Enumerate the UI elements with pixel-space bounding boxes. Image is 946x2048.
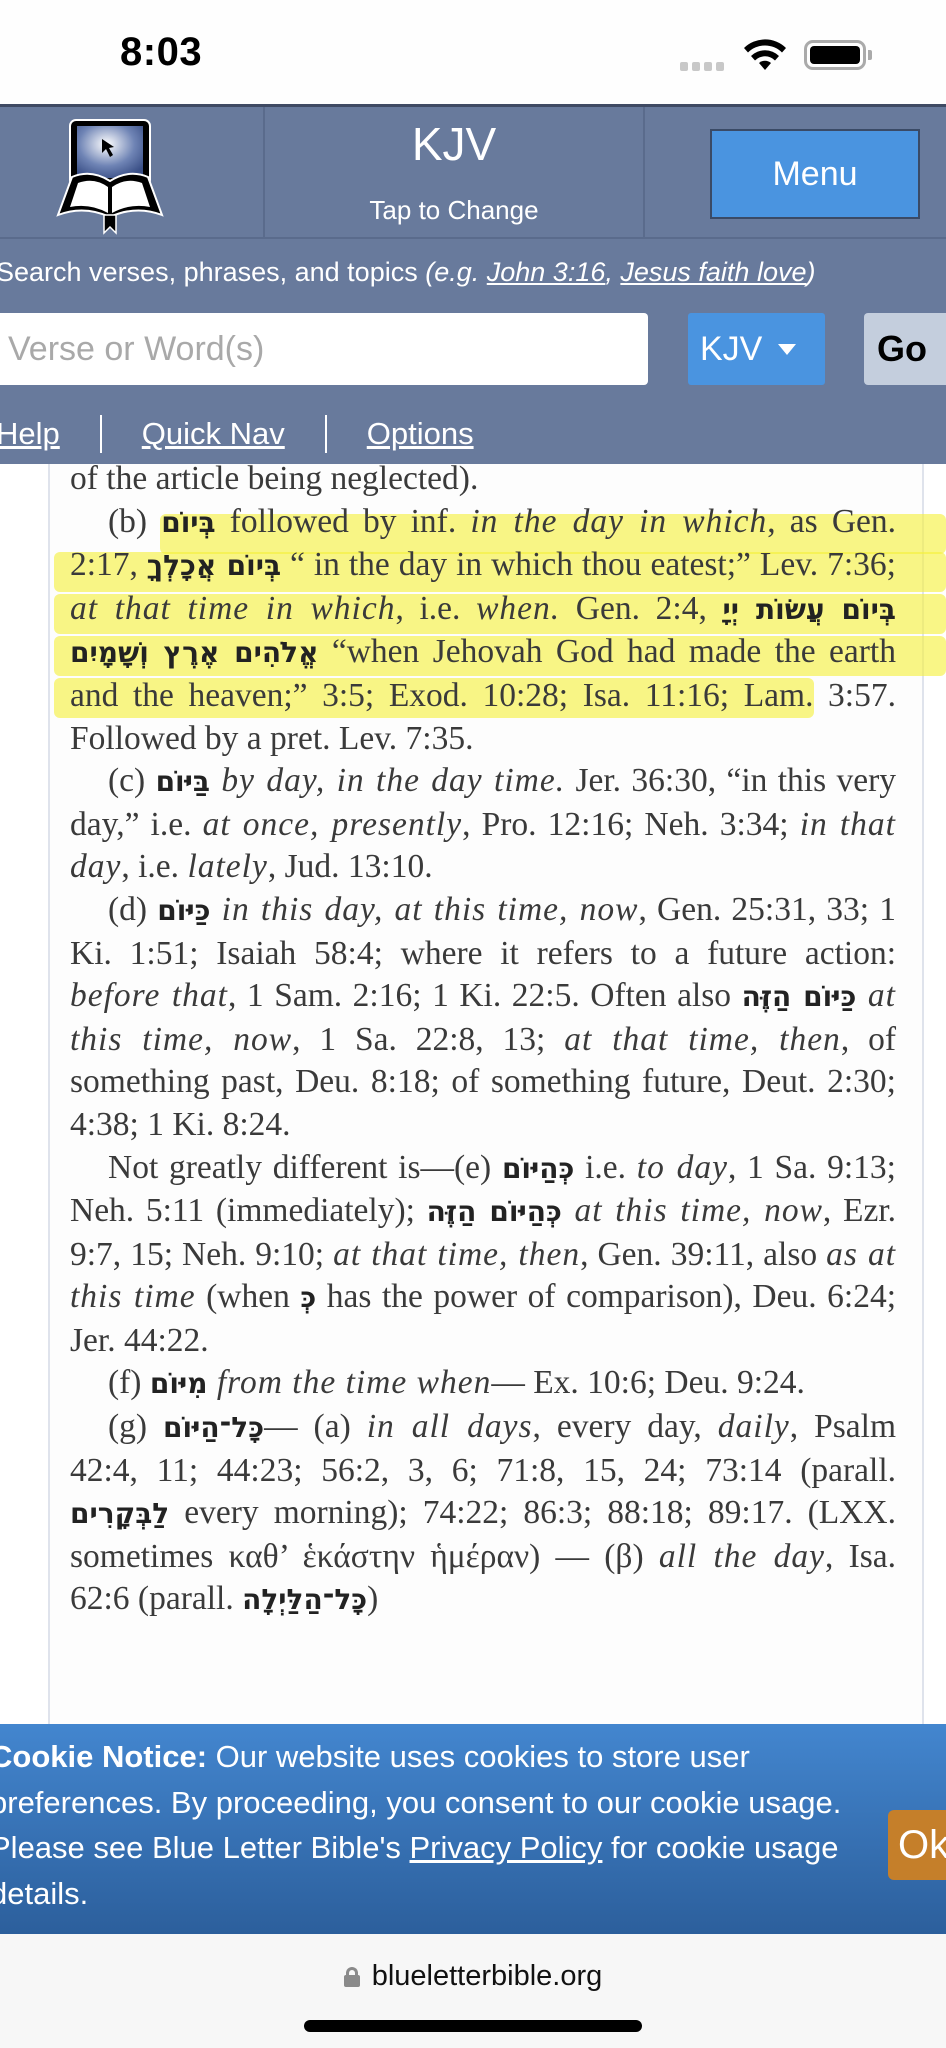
cookie-ok-button[interactable]: Ok (888, 1810, 946, 1880)
hebrew-word: כְּ (300, 1281, 316, 1314)
hebrew-word: כְּהַיּוֹם (502, 1152, 574, 1185)
logo-cell[interactable] (0, 107, 265, 239)
sense-d: (d) כַּיּוֹם in this day, at this time, … (70, 889, 896, 1147)
privacy-policy-link[interactable]: Privacy Policy (410, 1830, 603, 1865)
sense-c: (c) בַּיּוֹם by day, in the day time. Je… (70, 760, 896, 889)
nav-divider (325, 415, 327, 453)
wifi-icon (742, 36, 788, 72)
hebrew-word: מִיּוֹם (150, 1367, 208, 1400)
hebrew-word: כַּיּוֹם (157, 894, 210, 927)
status-bar: 8:03 (0, 0, 946, 104)
sense-g: (g) כָּל־הַיּוֹם— (a) in all days, every… (70, 1406, 896, 1622)
hebrew-word: בְּיוֹם (161, 506, 215, 539)
search-hint-text: Search verses, phrases, and topics (0, 257, 425, 287)
lexicon-text: of the article being neglected). (b) בְּ… (70, 464, 896, 1622)
hebrew-word: כַּיּוֹם הַזֶּה (742, 980, 857, 1013)
caret-down-icon (778, 344, 796, 355)
search-hint-comma: , (605, 257, 620, 287)
version-subtitle: Tap to Change (265, 195, 643, 226)
battery-tip (868, 50, 872, 60)
nav-divider (100, 415, 102, 453)
search-hint: Search verses, phrases, and topics (e.g.… (0, 257, 815, 288)
battery-icon (804, 40, 866, 70)
help-link[interactable]: Help (0, 416, 60, 452)
home-indicator[interactable] (304, 2020, 642, 2032)
search-hint-eg: (e.g. (425, 257, 487, 287)
lexicon-line: of the article being neglected). (70, 464, 896, 501)
quick-nav-link[interactable]: Quick Nav (142, 416, 285, 452)
example-link-jesus-faith-love[interactable]: Jesus faith love (620, 257, 806, 287)
url-field[interactable]: blueletterbible.org (0, 1960, 946, 1993)
example-link-john-3-16[interactable]: John 3:16 (487, 257, 606, 287)
status-time: 8:03 (120, 30, 202, 75)
go-button[interactable]: Go (864, 313, 946, 385)
menu-button[interactable]: Menu (710, 129, 920, 219)
browser-url-bar: blueletterbible.org (0, 1934, 946, 2048)
version-title: KJV (265, 117, 643, 171)
hebrew-word: לַבְּקָרִים (70, 1497, 169, 1530)
version-select[interactable]: KJV (688, 313, 825, 385)
sub-navigation: Help Quick Nav Options (0, 415, 474, 453)
sense-f: (f) מִיּוֹם from the time when— Ex. 10:6… (70, 1362, 896, 1406)
cookie-notice-text: Cookie Notice: Our website uses cookies … (0, 1734, 870, 1916)
hebrew-word: כָּל־הַיּוֹם (163, 1411, 264, 1444)
version-switcher[interactable]: KJV Tap to Change (265, 107, 645, 239)
cookie-notice-banner: Cookie Notice: Our website uses cookies … (0, 1724, 946, 1934)
lexicon-content: of the article being neglected). (b) בְּ… (0, 464, 946, 1934)
search-input[interactable] (0, 313, 648, 385)
url-text: blueletterbible.org (372, 1960, 603, 1993)
site-header: KJV Tap to Change Menu Search verses, ph… (0, 104, 946, 464)
sense-b: (b) בְּיוֹם followed by inf. in the day … (70, 501, 896, 761)
blb-logo-icon[interactable] (56, 117, 164, 235)
cookie-notice-title: Cookie Notice: (0, 1739, 207, 1774)
sense-e: Not greatly different is—(e) כְּהַיּוֹם … (70, 1147, 896, 1363)
options-link[interactable]: Options (367, 416, 474, 452)
cellular-signal-icon (680, 62, 724, 71)
lock-icon (344, 1967, 360, 1987)
hebrew-word: בַּיּוֹם (156, 765, 210, 798)
hebrew-word: כָּל־הַלַּיְלָה (242, 1583, 367, 1616)
version-select-value: KJV (700, 330, 762, 369)
hebrew-word: בְּיוֹם אֲכָלְךָ (147, 549, 281, 582)
search-hint-close: ) (806, 257, 815, 287)
hebrew-word: כְּהַיּוֹם הַזֶּה (427, 1195, 562, 1228)
header-top-row: KJV Tap to Change Menu (0, 107, 946, 239)
